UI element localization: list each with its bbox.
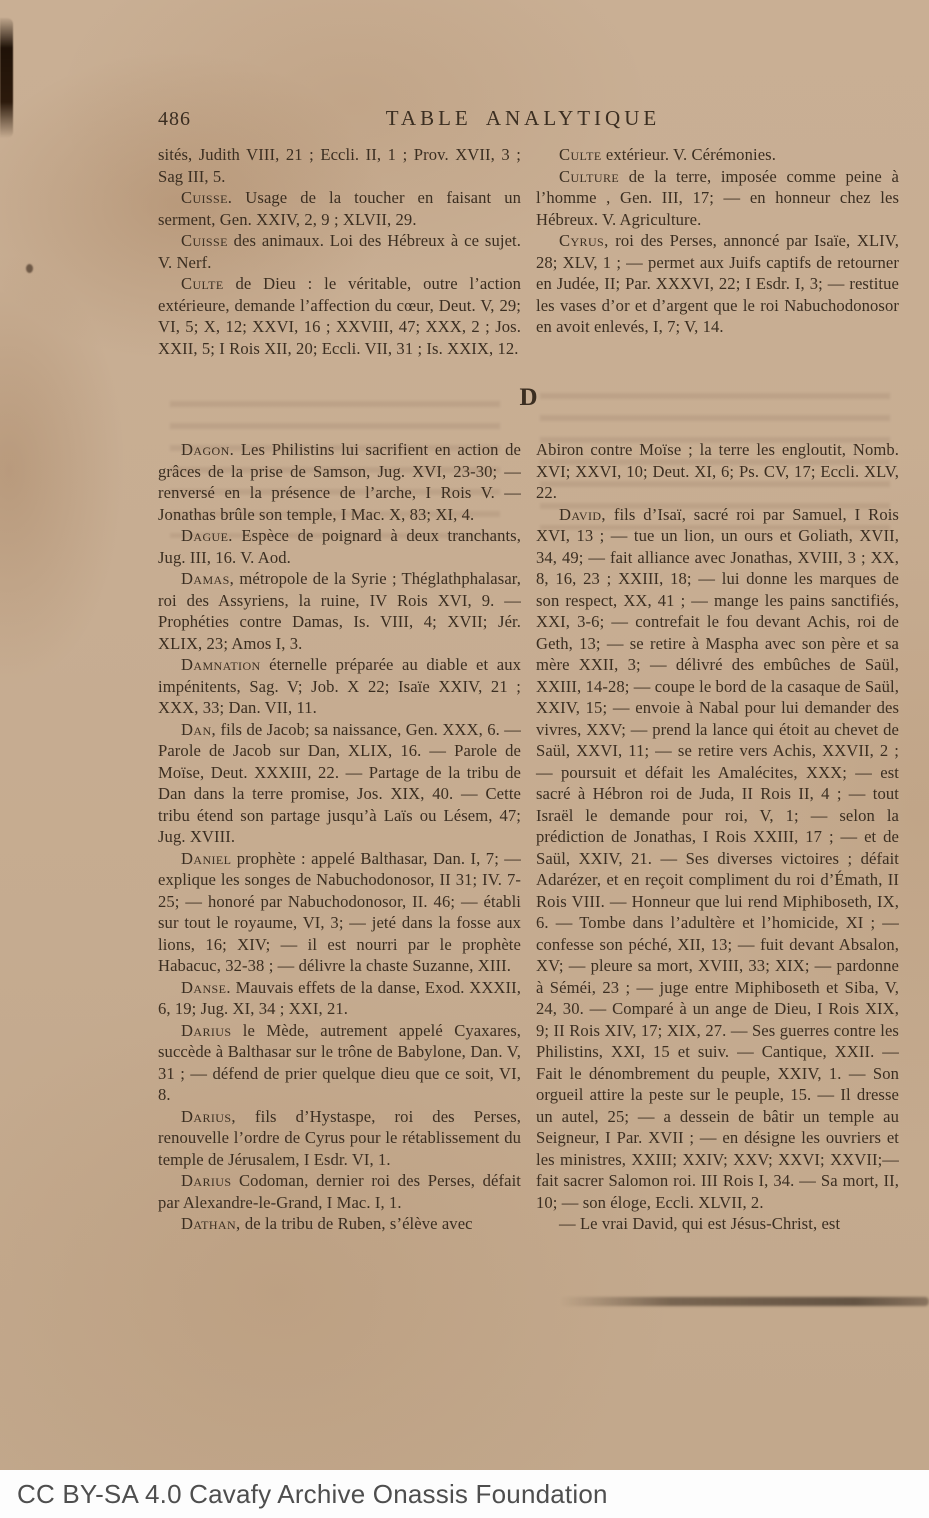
right-column-top: Culte extérieur. V. Cérémonies.Culture d…: [536, 144, 899, 359]
entry-headword: Damnation: [181, 655, 261, 674]
index-entry: Abiron contre Moïse ; la terre les englo…: [536, 439, 899, 504]
entry-headword: Darius,: [181, 1107, 236, 1126]
index-entry: Darius, fils d’Hystaspe, roi des Perses,…: [158, 1106, 521, 1171]
ink-smudge: [560, 1297, 929, 1306]
entry-headword: Daniel: [181, 849, 231, 868]
entry-headword: Dagon.: [181, 440, 234, 459]
license-text: CC BY-SA 4.0 Cavafy Archive Onassis Foun…: [17, 1479, 608, 1510]
index-entry: Darius Codoman, dernier roi des Perses, …: [158, 1170, 521, 1213]
index-entry: Cuisse des animaux. Loi des Hébreux à ce…: [158, 230, 521, 273]
book-edge-shadow: [0, 18, 13, 138]
index-entry: David, fils d’Isaï, sacré roi par Samuel…: [536, 504, 899, 1214]
scanned-book-page: 486 TABLE ANALYTIQUE sités, Judith VIII,…: [0, 0, 929, 1470]
index-entry: Danse. Mauvais effets de la danse, Exod.…: [158, 977, 521, 1020]
index-entry: Culture de la terre, imposée comme peine…: [536, 166, 899, 231]
index-entry: Dague. Espèce de poignard à deux trancha…: [158, 525, 521, 568]
index-entry: sités, Judith VIII, 21 ; Eccli. II, 1 ; …: [158, 144, 521, 187]
entry-headword: Cuisse.: [181, 188, 232, 207]
entry-headword: Culture: [559, 167, 619, 186]
ink-spot: [26, 264, 33, 273]
entry-headword: Dague.: [181, 526, 233, 545]
index-entry: Dathan, de la tribu de Ruben, s’élève av…: [158, 1213, 521, 1235]
section-letter-heading: D: [158, 384, 900, 412]
top-section: sités, Judith VIII, 21 ; Eccli. II, 1 ; …: [158, 144, 900, 359]
left-column-top: sités, Judith VIII, 21 ; Eccli. II, 1 ; …: [158, 144, 521, 359]
page-title: TABLE ANALYTIQUE: [191, 106, 900, 131]
entry-headword: Dan,: [181, 720, 216, 739]
page-content: 486 TABLE ANALYTIQUE sités, Judith VIII,…: [158, 106, 900, 1235]
index-entry: Cuisse. Usage de la toucher en faisant u…: [158, 187, 521, 230]
index-entry: Damas, métropole de la Syrie ; Théglathp…: [158, 568, 521, 654]
entry-headword: Danse.: [181, 978, 231, 997]
index-entry: Daniel prophète : appelé Balthasar, Dan.…: [158, 848, 521, 977]
entry-headword: David,: [559, 505, 606, 524]
index-entry: — Le vrai David, qui est Jésus-Christ, e…: [536, 1213, 899, 1235]
index-entry: Cyrus, roi des Perses, annoncé par Isaïe…: [536, 230, 899, 338]
entry-headword: Cuisse: [181, 231, 228, 250]
entry-headword: Dathan,: [181, 1214, 241, 1233]
d-section: Dagon. Les Philistins lui sacrifient en …: [158, 439, 900, 1235]
index-entry: Dagon. Les Philistins lui sacrifient en …: [158, 439, 521, 525]
index-entry: Dan, fils de Jacob; sa naissance, Gen. X…: [158, 719, 521, 848]
entry-headword: Darius: [181, 1171, 231, 1190]
entry-headword: Culte: [181, 274, 224, 293]
index-entry: Damnation éternelle préparée au diable e…: [158, 654, 521, 719]
index-entry: Culte extérieur. V. Cérémonies.: [536, 144, 899, 166]
entry-headword: Darius: [181, 1021, 231, 1040]
right-column-d: Abiron contre Moïse ; la terre les englo…: [536, 439, 899, 1235]
entry-headword: Damas,: [181, 569, 234, 588]
entry-headword: Culte: [559, 145, 602, 164]
index-entry: Culte de Dieu : le véritable, outre l’ac…: [158, 273, 521, 359]
index-entry: Darius le Mède, autrement appelé Cyaxare…: [158, 1020, 521, 1106]
page-header: 486 TABLE ANALYTIQUE: [158, 106, 900, 131]
page-number: 486: [158, 108, 191, 131]
entry-headword: Cyrus,: [559, 231, 609, 250]
left-column-d: Dagon. Les Philistins lui sacrifient en …: [158, 439, 521, 1235]
license-bar: CC BY-SA 4.0 Cavafy Archive Onassis Foun…: [0, 1470, 929, 1518]
